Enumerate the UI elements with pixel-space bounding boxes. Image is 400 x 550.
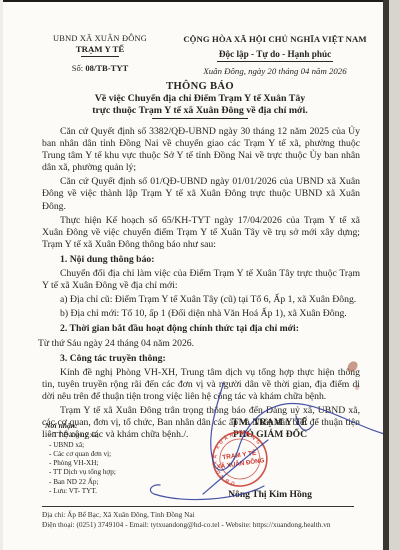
recipient-item: - Ban ND 22 Ấp; — [45, 478, 116, 487]
scan-edge-left — [0, 0, 3, 550]
document-number-value: 08/TB-TYT — [85, 63, 128, 73]
national-motto-block: CỘNG HÒA XÃ HỘI CHỦ NGHĨA VIỆT NAM Độc l… — [174, 34, 376, 76]
national-title: CỘNG HÒA XÃ HỘI CHỦ NGHĨA VIỆT NAM — [174, 34, 376, 44]
recipient-item: - TT Dịch vụ tổng hợp; — [45, 468, 116, 477]
document-number: Số: 08/TB-TYT — [26, 63, 174, 73]
scan-edge-top — [0, 0, 400, 2]
title-underline — [152, 118, 248, 119]
paragraph-section1: Chuyển đổi địa chỉ làm việc của Điểm Trạ… — [42, 268, 360, 292]
org-parent-name: UBND XÃ XUÂN ĐÔNG — [26, 34, 174, 43]
scan-edge-right-light — [389, 0, 400, 550]
section-heading-1: 1. Nội dung thông báo: — [42, 254, 360, 266]
footer-address: Địa chỉ: Ấp Bể Bạc, Xã Xuân Đông, Tỉnh Đ… — [42, 510, 372, 520]
recipient-item: - Lưu: VT- TYT. — [45, 487, 116, 496]
org-name: TRẠM Y TẾ — [26, 44, 174, 54]
recipient-item: - Các cơ quan đơn vị; — [45, 450, 116, 459]
list-item-old-address: a) Địa chỉ cũ: Điểm Trạm Y tế Xuân Tây (… — [42, 294, 360, 306]
issuing-org-block: UBND XÃ XUÂN ĐÔNG TRẠM Y TẾ Số: 08/TB-TY… — [26, 34, 174, 76]
place-dateline: Xuân Đông, ngày 20 tháng 04 năm 2026 — [174, 66, 376, 76]
document-type-heading: THÔNG BÁO — [30, 81, 370, 92]
org-underline — [81, 56, 119, 57]
paragraph-basis-2: Căn cứ Quyết định số 01/QĐ-UBND ngày 01/… — [42, 176, 360, 212]
document-subject-line1: Về việc Chuyển địa chỉ Điểm Trạm Y tế Xu… — [30, 93, 370, 104]
recipient-item: - UBND xã; — [45, 441, 116, 450]
recipients-block: Nơi nhận: - TT Đảng uỷ xã; - UBND xã; - … — [45, 421, 116, 496]
paragraph-communication: Kính đề nghị Phòng VH-XH, Trung tâm dịch… — [42, 367, 360, 403]
paragraph-basis-3: Thực hiện Kế hoạch số 65/KH-TYT ngày 17/… — [42, 215, 360, 251]
section-heading-2: 2. Thời gian bắt đầu hoạt động chính thứ… — [42, 323, 360, 335]
paragraph-start-date: Từ thứ Sáu ngày 24 tháng 04 năm 2026. — [38, 338, 360, 350]
official-stamp: UBND XÃ XUÂN ĐÔNG TRẠM Y TẾ XÃ XUÂN ĐÔNG — [199, 422, 281, 498]
document-header: UBND XÃ XUÂN ĐÔNG TRẠM Y TẾ Số: 08/TB-TY… — [26, 34, 376, 76]
scanned-document-page: UBND XÃ XUÂN ĐÔNG TRẠM Y TẾ Số: 08/TB-TY… — [0, 0, 400, 550]
paragraph-basis-1: Căn cứ Quyết định số 3382/QĐ-UBND ngày 3… — [42, 126, 360, 174]
list-item-new-address: b) Địa chỉ mới: Tổ 10, ấp 1 (Đối diện nh… — [42, 308, 360, 320]
document-number-label: Số: — [72, 63, 83, 73]
national-motto: Độc lập - Tự do - Hạnh phúc — [217, 48, 333, 62]
footer-divider — [42, 506, 354, 507]
footer-contact: Điện thoại: (0251) 3749104 - Email: tytx… — [42, 520, 372, 530]
recipients-label: Nơi nhận: — [45, 421, 116, 430]
document-body: Căn cứ Quyết định số 3382/QĐ-UBND ngày 3… — [42, 124, 360, 441]
recipient-item: - TT Đảng uỷ xã; — [45, 431, 116, 440]
document-subject-line2: trực thuộc Trạm Y tế xã Xuân Đông về địa… — [30, 105, 370, 116]
document-title-block: THÔNG BÁO Về việc Chuyển địa chỉ Điểm Tr… — [30, 81, 370, 119]
scan-artifact — [355, 385, 359, 390]
section-heading-3: 3. Công tác truyền thông: — [42, 353, 360, 365]
footer-contact-block: Địa chỉ: Ấp Bể Bạc, Xã Xuân Đông, Tỉnh Đ… — [42, 510, 372, 529]
